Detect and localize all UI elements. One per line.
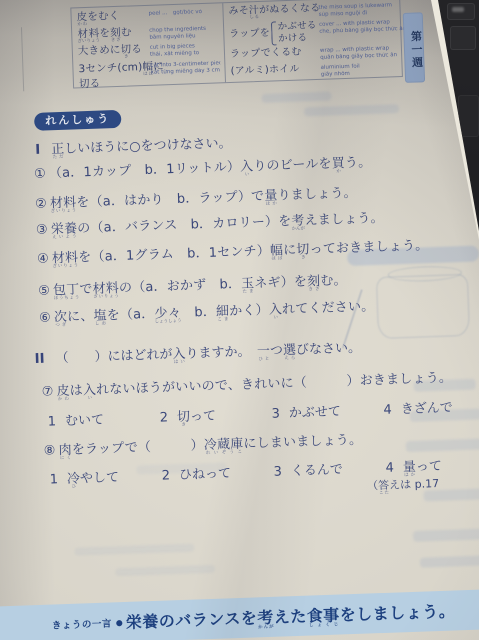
vocab-translation: wrap ... with plastic wrap quấn bằng giấ… <box>320 43 407 62</box>
bleed-through-pot-illustration <box>376 274 470 339</box>
bleed-through-text <box>304 104 399 116</box>
bracket-glyph <box>271 22 277 46</box>
bleed-through-text <box>261 91 331 102</box>
bleed-through-text <box>420 555 479 567</box>
answer-page-note: （答こたえは p.17 <box>367 475 440 496</box>
textbook-page-photo: 皮かわをむく peel ... gọt/bóc vỏ 材料ざいりょうを刻きざむ … <box>0 0 479 640</box>
section-1-numeral: I <box>35 142 41 158</box>
keyboard-key <box>450 26 476 50</box>
vocab-japanese: 3センチ(cm)幅はばに切る <box>78 61 151 92</box>
vocab-row: 3センチ(cm)幅はばに切る cut into 3-centimeter pie… <box>78 58 221 91</box>
vocab-translation: cut into 3-centimeter pieces xắt từng mi… <box>150 58 221 76</box>
vocab-translation: peel ... gọt/bóc vỏ <box>148 6 218 17</box>
vocab-japanese: ラップでくるむ <box>230 46 320 62</box>
page-content: 皮かわをむく peel ... gọt/bóc vỏ 材料ざいりょうを刻きざむ … <box>0 0 479 640</box>
question-7-options: 1むいて 2切きって 3かぶせて 4きざんで <box>47 395 479 431</box>
bleed-through-text <box>74 544 194 556</box>
footer-slogan: 栄養のバランスを考かんがえた食事しょくじをしましょう。 <box>125 598 455 633</box>
vocab-japanese: 大きめに切きる <box>78 43 150 61</box>
vocab-translation: cover ... with plastic wrap che, phủ bằn… <box>319 17 406 36</box>
option-item: 2切きって <box>159 403 272 428</box>
vocab-japanese: みそ汁しるがぬるくなる <box>228 3 318 20</box>
option-item: 3かぶせて <box>271 399 384 424</box>
bleed-through-text <box>413 528 479 541</box>
practice-badge: れんしゅう <box>34 110 122 131</box>
section-2-numeral: II <box>34 351 45 367</box>
section-2-heading: II（ ）にはどれが入はいりますか。 一ひとつ選えらびなさい。 <box>34 337 361 369</box>
vocab-translation: cut in big pieces thái, xắt miếng to <box>150 40 221 58</box>
section-1-heading: I正ただしいほうに○をつけなさい。 <box>35 132 232 160</box>
question-8: ⑧肉にくをラップで（ ）冷蔵庫れいぞうこにしまいましょう。 <box>43 429 362 461</box>
vocab-translation: the miso soup is lukewarm súp miso nguội… <box>318 0 405 19</box>
question-5: ⑤包丁ほうちょうで材料ざいりょうの（a．おかず b．玉たまネギ）を刻きざむ。 <box>38 269 347 301</box>
bracket-option: かける <box>278 32 317 46</box>
vocab-japanese: (アルミ)ホイル <box>230 63 320 79</box>
week-tab: 第一週 <box>403 12 425 83</box>
vocab-japanese: ラップを かぶせる かける <box>229 20 320 48</box>
vocab-translation: chop the ingredients băm nguyên liệu <box>149 23 220 41</box>
option-item: 4きざんで <box>383 396 453 419</box>
vocab-japanese: 皮かわをむく <box>76 9 148 27</box>
keyboard-key <box>447 3 475 20</box>
bullet-icon: ● <box>116 618 123 627</box>
option-item: 2ひねって <box>161 461 274 486</box>
vocab-japanese: 材料ざいりょうを刻きざむ <box>77 26 149 44</box>
vocab-cell-right: みそ汁しるがぬるくなる the miso soup is lukewarm sú… <box>223 0 412 82</box>
option-item: 1冷ひやして <box>49 465 162 490</box>
question-7: ⑦皮かわは入いれないほうがいいので、きれいに（ ）おきましょう。 <box>41 366 452 401</box>
key-legend-glyph <box>452 7 464 12</box>
footer-label: きょうの一言 <box>52 615 112 631</box>
vocab-translation: aluminium foil giấy nhôm <box>320 60 407 79</box>
vocab-table: 皮かわをむく peel ... gọt/bóc vỏ 材料ざいりょうを刻きざむ … <box>70 0 403 89</box>
bleed-through-text <box>115 565 215 576</box>
footer-slogan-band: きょうの一言 ● 栄養のバランスを考かんがえた食事しょくじをしましょう。 <box>0 587 479 640</box>
option-item: 1むいて <box>47 407 160 432</box>
vocab-cell-left: 皮かわをむく peel ... gọt/bóc vỏ 材料ざいりょうを刻きざむ … <box>71 3 226 87</box>
question-6: ⑥次つぎに、塩しおを（a．少々しょうしょう b．細こまかく）入いれてください。 <box>39 295 375 328</box>
bleed-through-text <box>406 438 479 452</box>
page-edge-line <box>21 27 24 91</box>
